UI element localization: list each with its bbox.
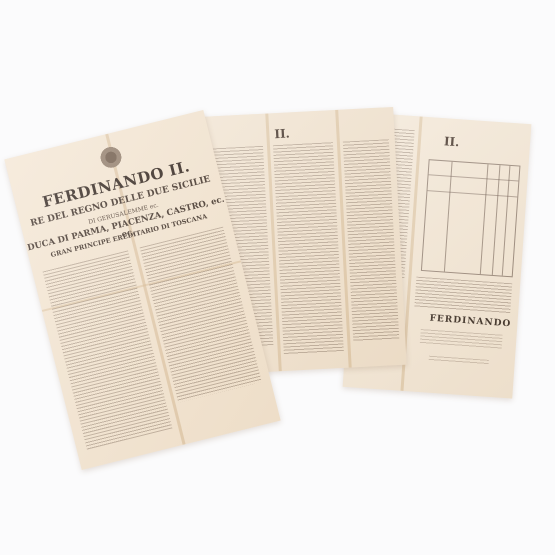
text-column	[343, 139, 399, 341]
text-block	[420, 329, 503, 349]
page-number: II.	[444, 134, 460, 149]
photo-scene: II. FERDINANDO II. FERDINANDO II. RE DEL…	[0, 0, 555, 555]
text-column	[273, 142, 344, 355]
page-number: II.	[274, 126, 290, 141]
text-block	[429, 356, 489, 366]
royal-crest-icon	[97, 143, 127, 174]
text-block	[414, 277, 512, 314]
data-table	[421, 159, 521, 277]
signature: FERDINANDO	[429, 314, 511, 330]
